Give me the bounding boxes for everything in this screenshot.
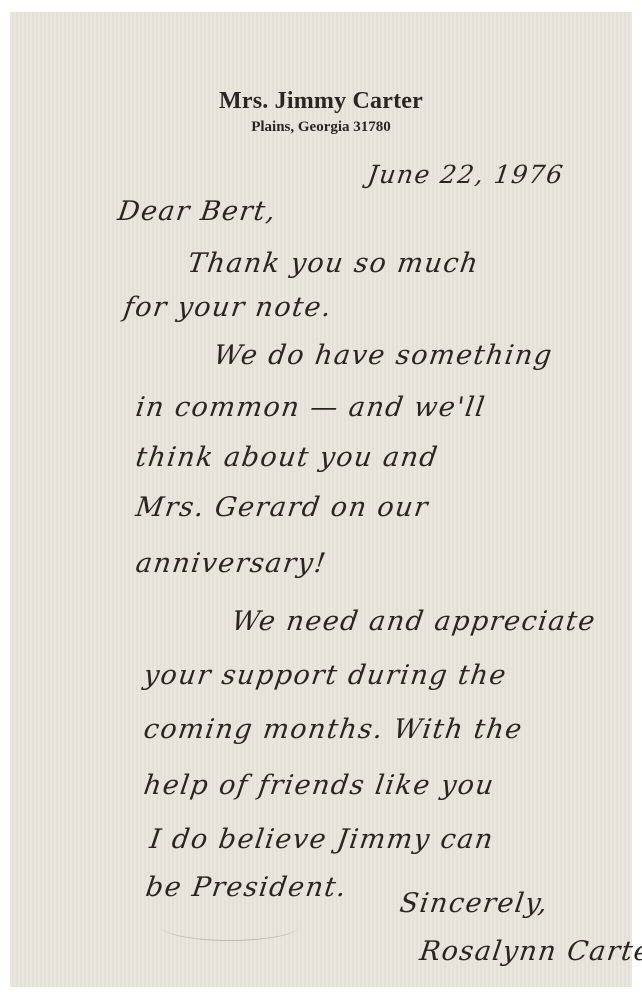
body-line: Mrs. Gerard on our [134, 492, 431, 523]
body-line: We need and appreciate [230, 606, 598, 637]
body-line: We do have something [212, 340, 555, 371]
body-line: I do believe Jimmy can [148, 824, 496, 855]
body-line: anniversary! [134, 548, 329, 579]
letterhead-name: Mrs. Jimmy Carter [0, 88, 642, 115]
body-line: be President. [144, 872, 349, 903]
body-line: Thank you so much [186, 248, 481, 279]
paper-crease [160, 910, 300, 941]
body-line: help of friends like you [142, 770, 497, 801]
salutation: Dear Bert, [116, 196, 279, 227]
signature: Rosalynn Carter [418, 936, 642, 967]
letterhead-address: Plains, Georgia 31780 [0, 119, 642, 136]
letter-date: June 22, 1976 [366, 160, 566, 189]
body-line: coming months. With the [142, 714, 525, 745]
body-line: your support during the [142, 660, 509, 691]
body-line: for your note. [122, 292, 335, 323]
body-line: in common — and we'll [134, 392, 488, 423]
body-line: think about you and [134, 442, 441, 473]
closing: Sincerely, [398, 888, 551, 919]
